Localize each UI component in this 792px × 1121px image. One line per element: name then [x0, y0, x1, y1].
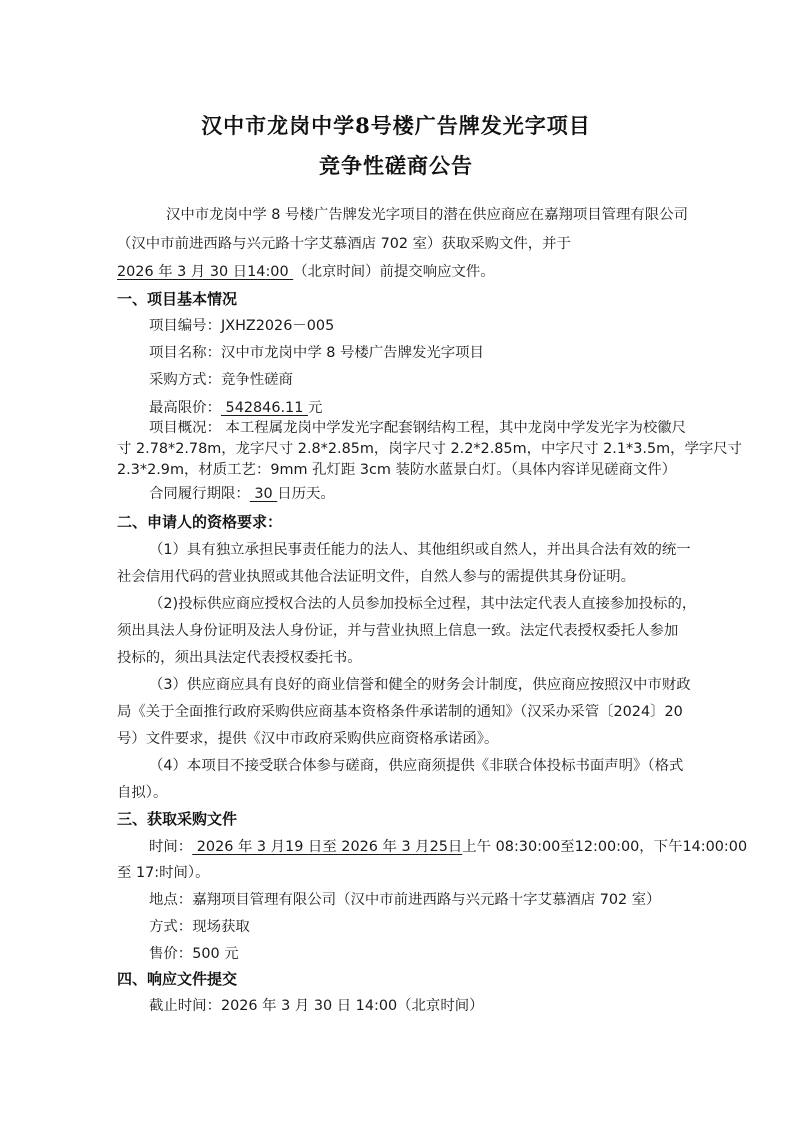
- overview-line-3: 2.3*2.9m，材质工艺：9mm 孔灯距 3cm 装防水蓝景白灯。（具体内容详…: [117, 460, 676, 480]
- contract-term-value: 30: [250, 486, 277, 502]
- requirement-3-line-3: 号）文件要求，提供《汉中市政府采购供应商资格承诺函》。: [117, 729, 498, 749]
- max-price-value: 542846.11: [221, 400, 308, 416]
- submission-deadline-label: 截止时间：: [149, 998, 221, 1014]
- max-price-label: 最高限价：: [149, 400, 221, 416]
- acquisition-time-range: 2026 年 3 月19 日至 2026 年 3 月25日: [192, 839, 462, 855]
- contract-term: 合同履行期限： 30 日历天。: [149, 484, 335, 504]
- contract-term-label: 合同履行期限：: [149, 486, 250, 502]
- procurement-method-value: 竞争性磋商: [221, 372, 293, 388]
- acquisition-time-line-2: 至 17:时间）。: [117, 863, 210, 883]
- acquisition-time-label: 时间：: [149, 839, 192, 855]
- overview-line-2: 寸 2.78*2.78m，龙字尺寸 2.8*2.85m，岗字尺寸 2.2*2.8…: [117, 439, 742, 459]
- overview-line-1: 项目概况： 本工程属龙岗中学发光字配套钢结构工程，其中龙岗中学发光字为校徽尺: [149, 418, 686, 438]
- requirement-4-line-2: 自拟）。: [117, 783, 167, 803]
- requirement-2-line-3: 投标的，须出具法定代表授权委托书。: [117, 648, 362, 668]
- document-price-value: 500 元: [192, 946, 238, 962]
- section-1-heading: 一、项目基本情况: [117, 289, 237, 309]
- section-3-heading: 三、获取采购文件: [117, 809, 237, 829]
- submission-deadline-line: 截止时间：2026 年 3 月 30 日 14:00（北京时间）: [149, 996, 484, 1016]
- acquisition-time-hours: 上午 08:30:00至12:00:00，下午14:00:00: [462, 839, 747, 855]
- acquisition-place: 地点：嘉翔项目管理有限公司（汉中市前进西路与兴元路十字艾慕酒店 702 室）: [149, 890, 661, 910]
- intro-line-3-rest: （北京时间）前提交响应文件。: [293, 264, 494, 280]
- submission-deadline-value: 2026 年 3 月 30 日 14:00（北京时间）: [221, 998, 484, 1014]
- document-price: 售价：500 元: [149, 944, 239, 964]
- requirement-2-line-2: 须出具法人身份证明及法人身份证，并与营业执照上信息一致。法定代表授权委托人参加: [117, 621, 678, 641]
- project-number-label: 项目编号：: [149, 318, 221, 334]
- submission-deadline: 2026 年 3 月 30 日14:00: [117, 264, 293, 280]
- project-number: 项目编号：JXHZ2026－005: [149, 316, 334, 336]
- requirement-4-line-1: （4）本项目不接受联合体参与磋商，供应商须提供《非联合体投标书面声明》（格式: [149, 756, 683, 776]
- acquisition-mode-value: 现场获取: [192, 919, 250, 935]
- procurement-method-label: 采购方式：: [149, 372, 221, 388]
- project-name-label: 项目名称：: [149, 345, 221, 361]
- intro-line-1: 汉中市龙岗中学 8 号楼广告牌发光字项目的潜在供应商应在嘉翔项目管理有限公司: [166, 205, 688, 225]
- intro-line-2: （汉中市前进西路与兴元路十字艾慕酒店 702 室）获取采购文件，并于: [117, 234, 571, 254]
- acquisition-place-label: 地点：: [149, 892, 192, 908]
- document-page: 汉中市龙岗中学8号楼广告牌发光字项目 竞争性磋商公告 汉中市龙岗中学 8 号楼广…: [0, 0, 792, 1121]
- requirement-3-line-2: 局《关于全面推行政府采购供应商基本资格条件承诺制的通知》（汉采办采管〔2024〕…: [117, 702, 683, 722]
- intro-line-3: 2026 年 3 月 30 日14:00 （北京时间）前提交响应文件。: [117, 262, 495, 282]
- acquisition-mode: 方式：现场获取: [149, 917, 250, 937]
- max-price-unit: 元: [308, 400, 322, 416]
- document-subtitle: 竞争性磋商公告: [0, 150, 792, 180]
- procurement-method: 采购方式：竞争性磋商: [149, 370, 293, 390]
- requirement-1-line-2: 社会信用代码的营业执照或其他合法证明文件，自然人参与的需提供其身份证明。: [117, 567, 635, 587]
- section-2-heading: 二、申请人的资格要求：: [117, 512, 282, 532]
- max-price: 最高限价： 542846.11 元: [149, 398, 322, 418]
- acquisition-place-value: 嘉翔项目管理有限公司（汉中市前进西路与兴元路十字艾慕酒店 702 室）: [192, 892, 660, 908]
- requirement-1-line-1: （1）具有独立承担民事责任能力的法人、其他组织或自然人，并出具合法有效的统一: [149, 540, 691, 560]
- document-price-label: 售价：: [149, 946, 192, 962]
- acquisition-mode-label: 方式：: [149, 919, 192, 935]
- contract-term-unit: 日历天。: [277, 486, 335, 502]
- project-number-value: JXHZ2026－005: [221, 318, 334, 334]
- project-name-value: 汉中市龙岗中学 8 号楼广告牌发光字项目: [221, 345, 484, 361]
- requirement-2-line-1: （2)投标供应商应授权合法的人员参加投标全过程，其中法定代表人直接参加投标的，: [149, 594, 696, 614]
- section-4-heading: 四、响应文件提交: [117, 969, 237, 989]
- project-name: 项目名称：汉中市龙岗中学 8 号楼广告牌发光字项目: [149, 343, 484, 363]
- document-title: 汉中市龙岗中学8号楼广告牌发光字项目: [0, 110, 792, 140]
- acquisition-time: 时间： 2026 年 3 月19 日至 2026 年 3 月25日上午 08:3…: [149, 837, 747, 857]
- requirement-3-line-1: （3）供应商应具有良好的商业信誉和健全的财务会计制度，供应商应按照汉中市财政: [149, 675, 691, 695]
